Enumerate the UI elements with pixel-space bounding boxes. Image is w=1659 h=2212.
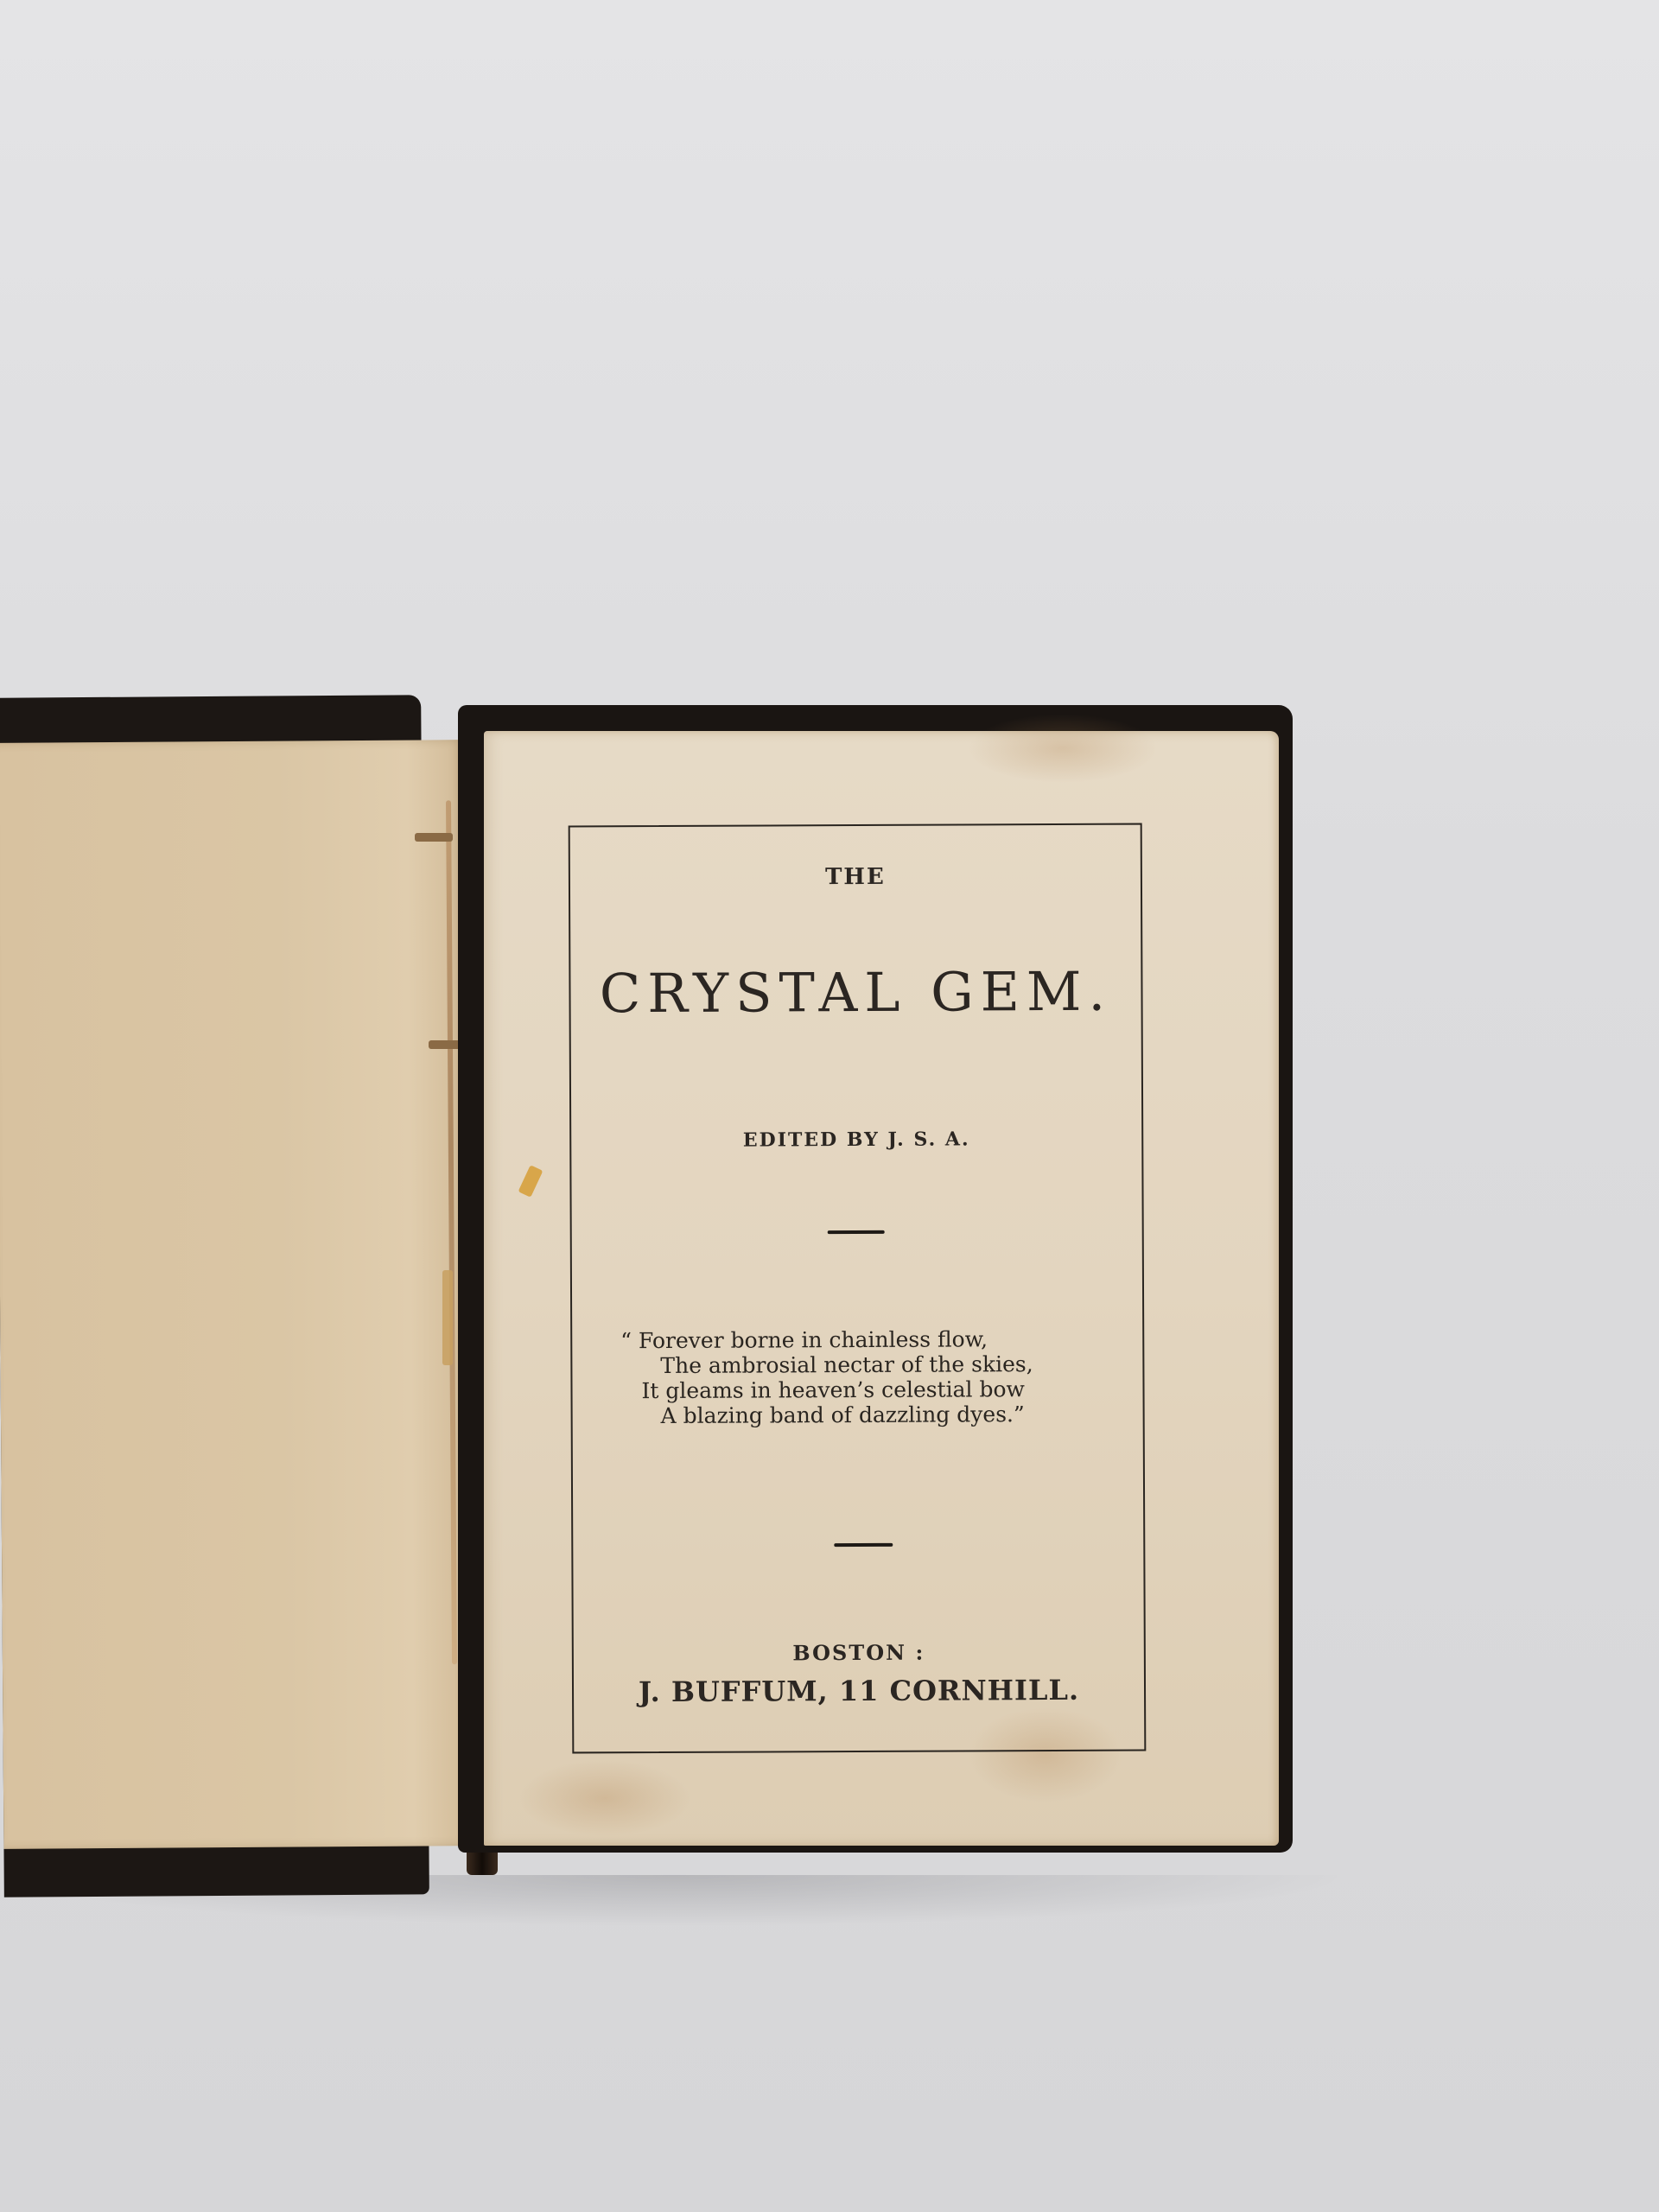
divider-rule	[834, 1543, 893, 1547]
epigraph-line: The ambrosial nectar of the skies,	[620, 1351, 1139, 1379]
foxing-stain	[518, 1759, 691, 1837]
imprint-publisher: J. BUFFUM, 11 CORNHILL.	[574, 1674, 1144, 1709]
editor-credit: EDITED BY J. S. A.	[571, 1128, 1141, 1153]
title-article: THE	[570, 863, 1141, 892]
epigraph-line: A blazing band of dazzling dyes.”	[621, 1402, 1140, 1429]
foxing-stain	[968, 714, 1158, 783]
gutter-stain	[446, 800, 457, 1664]
binding-thread	[415, 833, 453, 842]
imprint-city: BOSTON :	[574, 1639, 1144, 1667]
divider-rule	[828, 1230, 885, 1234]
paper-tab	[442, 1270, 453, 1365]
title-page-border: THE CRYSTAL GEM. EDITED BY J. S. A. “ Fo…	[569, 823, 1147, 1754]
left-endpaper	[0, 740, 470, 1849]
book-title: CRYSTAL GEM.	[570, 960, 1141, 1026]
title-page: THE CRYSTAL GEM. EDITED BY J. S. A. “ Fo…	[484, 731, 1279, 1846]
epigraph-line: It gleams in heaven’s celestial bow	[620, 1376, 1139, 1404]
epigraph: “ Forever borne in chainless flow, The a…	[620, 1326, 1140, 1429]
epigraph-line: “ Forever borne in chainless flow,	[620, 1326, 1139, 1354]
